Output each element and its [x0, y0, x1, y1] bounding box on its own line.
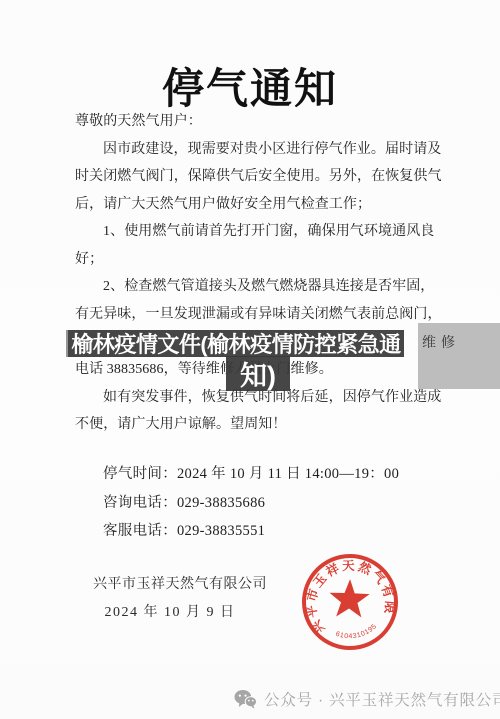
consult-phone-line: 咨询电话：029-38835686: [103, 491, 265, 512]
wechat-icon: [234, 689, 257, 709]
service-phone-line: 客服电话：029-38835551: [103, 519, 265, 540]
notice-document-page: 停气通知 尊敬的天然气用户： 因市政建设，现需要对贵小区进行停气作业。届时请及 …: [0, 0, 500, 719]
watermark-overlay-line1: 榆林疫情文件(榆林疫情防控紧急通: [66, 330, 404, 357]
seal-star-icon: [329, 578, 370, 617]
notice-line: 时关闭燃气阀门，保障供气后安全使用。另外，在恢复供气: [75, 167, 442, 187]
watermark-overlay-line2: 知): [226, 356, 290, 391]
company-seal: 兴平市玉祥天然气有限公司 6104310195465: [261, 513, 439, 691]
notice-line: 不便，请广大用户谅解。望周知！: [75, 415, 287, 435]
notice-title: 停气通知: [0, 56, 500, 116]
footer-public-account: 公众号 · 兴平玉祥天然气有限公司: [234, 688, 500, 710]
salutation-line: 尊敬的天然气用户：: [75, 112, 202, 132]
notice-line: 电话 38835686，等待维修人员上门维修。: [75, 360, 333, 380]
seal-arc-text: 兴平市玉祥天然气有限公司: [261, 513, 402, 644]
svg-text:兴平市玉祥天然气有限公司: 兴平市玉祥天然气有限公司: [261, 513, 402, 644]
footer-text: 公众号 · 兴平玉祥天然气有限公司: [264, 688, 500, 710]
notice-line-item-1: 1、使用燃气前请首先打开门窗，确保用气环境通风良: [103, 222, 434, 242]
notice-line: 好；: [75, 250, 103, 270]
notice-line-item-2: 2、检查燃气管道接头及燃气燃烧器具连接是否牢固，: [103, 277, 434, 297]
covered-line-fragment: 维修: [422, 332, 460, 352]
notice-line: 因市政建设，现需要对贵小区进行停气作业。届时请及: [103, 140, 441, 160]
notice-line: 后，请广大天然气用户做好安全用气检查工作；: [75, 195, 371, 215]
stop-time-line: 停气时间：2024 年 10 月 11 日 14:00—19：00: [103, 462, 399, 483]
notice-line: 有无异味，一旦发现泄漏或有异味请关闭燃气表前总阀门，: [75, 305, 442, 325]
